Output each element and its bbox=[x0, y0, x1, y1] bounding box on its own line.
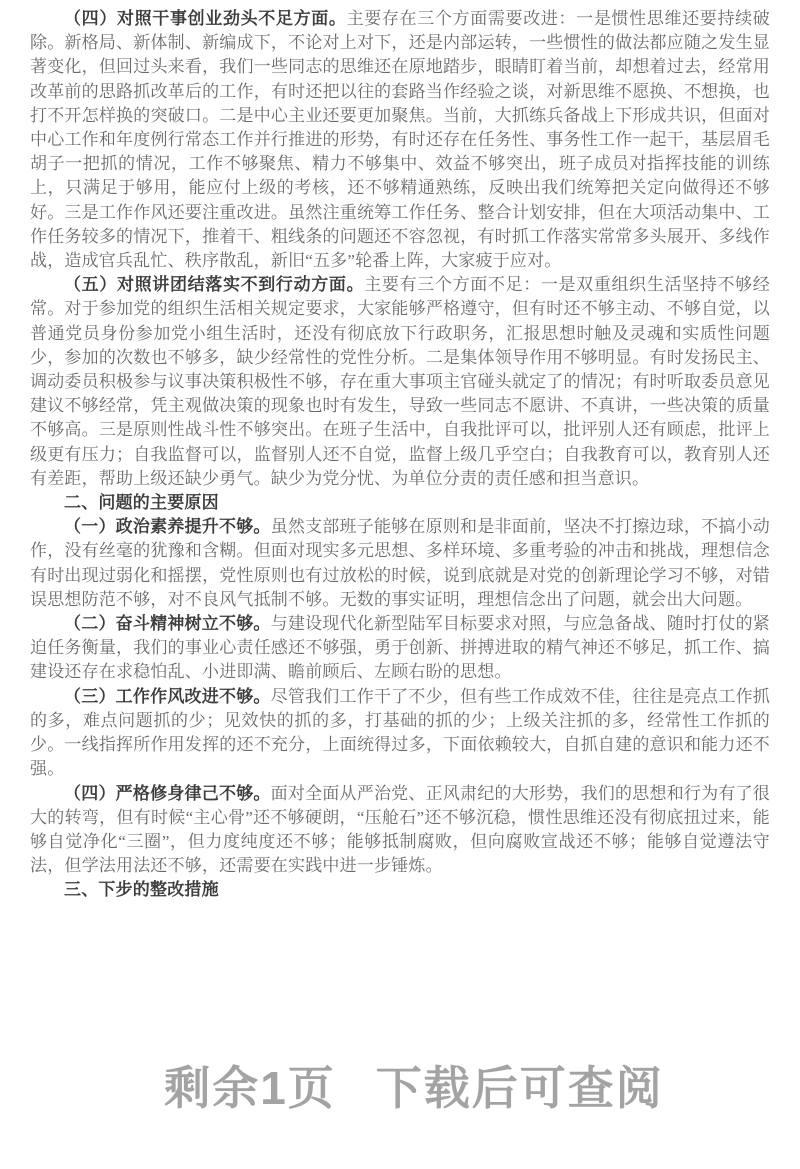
document-paragraph: （二）奋斗精神树立不够。与建设现代化新型陆军目标要求对照，与应急备战、随时打仗的… bbox=[30, 612, 770, 685]
remaining-pages-count: 剩余1页 bbox=[164, 1062, 336, 1114]
paragraph-lead: （四）严格修身律己不够。 bbox=[64, 784, 271, 803]
paragraph-lead: （三）工作作风改进不够。 bbox=[64, 687, 271, 706]
heading-text: 三、下步的整改措施 bbox=[64, 880, 219, 899]
paragraph-lead: （一）政治素养提升不够。 bbox=[64, 517, 271, 536]
remaining-pages-notice: 剩余1页下载后可查阅 bbox=[14, 1063, 800, 1113]
paragraph-body: 主要存在三个方面需要改进：一是惯性思维还要持续破除。新格局、新体制、新编成下，不… bbox=[30, 9, 770, 270]
document-paragraph: （五）对照讲团结落实不到行动方面。主要有三个方面不足：一是双重组织生活坚持不够经… bbox=[30, 273, 770, 491]
document-text-block: （四）对照干事创业劲头不足方面。主要存在三个方面需要改进：一是惯性思维还要持续破… bbox=[30, 7, 770, 903]
section-heading: 二、问题的主要原因 bbox=[30, 491, 770, 515]
paragraph-lead: （二）奋斗精神树立不够。 bbox=[64, 614, 271, 633]
download-to-view-text: 下载后可查阅 bbox=[376, 1062, 664, 1114]
section-heading: 三、下步的整改措施 bbox=[30, 878, 770, 902]
paragraph-lead: （五）对照讲团结落实不到行动方面。 bbox=[64, 275, 364, 294]
document-paragraph: （四）严格修身律己不够。面对全面从严治党、正风肃纪的大形势，我们的思想和行为有了… bbox=[30, 782, 770, 879]
document-paragraph: （四）对照干事创业劲头不足方面。主要存在三个方面需要改进：一是惯性思维还要持续破… bbox=[30, 7, 770, 273]
paragraph-lead: （四）对照干事创业劲头不足方面。 bbox=[64, 9, 347, 28]
document-paragraph: （一）政治素养提升不够。虽然支部班子能够在原则和是非面前，坚决不打擦边球，不搞小… bbox=[30, 515, 770, 612]
document-paragraph: （三）工作作风改进不够。尽管我们工作干了不少，但有些工作成效不佳，往往是亮点工作… bbox=[30, 685, 770, 782]
heading-text: 二、问题的主要原因 bbox=[64, 493, 219, 512]
document-preview-page: { "document": { "sections": [ { "kind": … bbox=[0, 0, 800, 1169]
paragraph-body: 主要有三个方面不足：一是双重组织生活坚持不够经常。对于参加党的组织生活相关规定要… bbox=[30, 275, 770, 488]
